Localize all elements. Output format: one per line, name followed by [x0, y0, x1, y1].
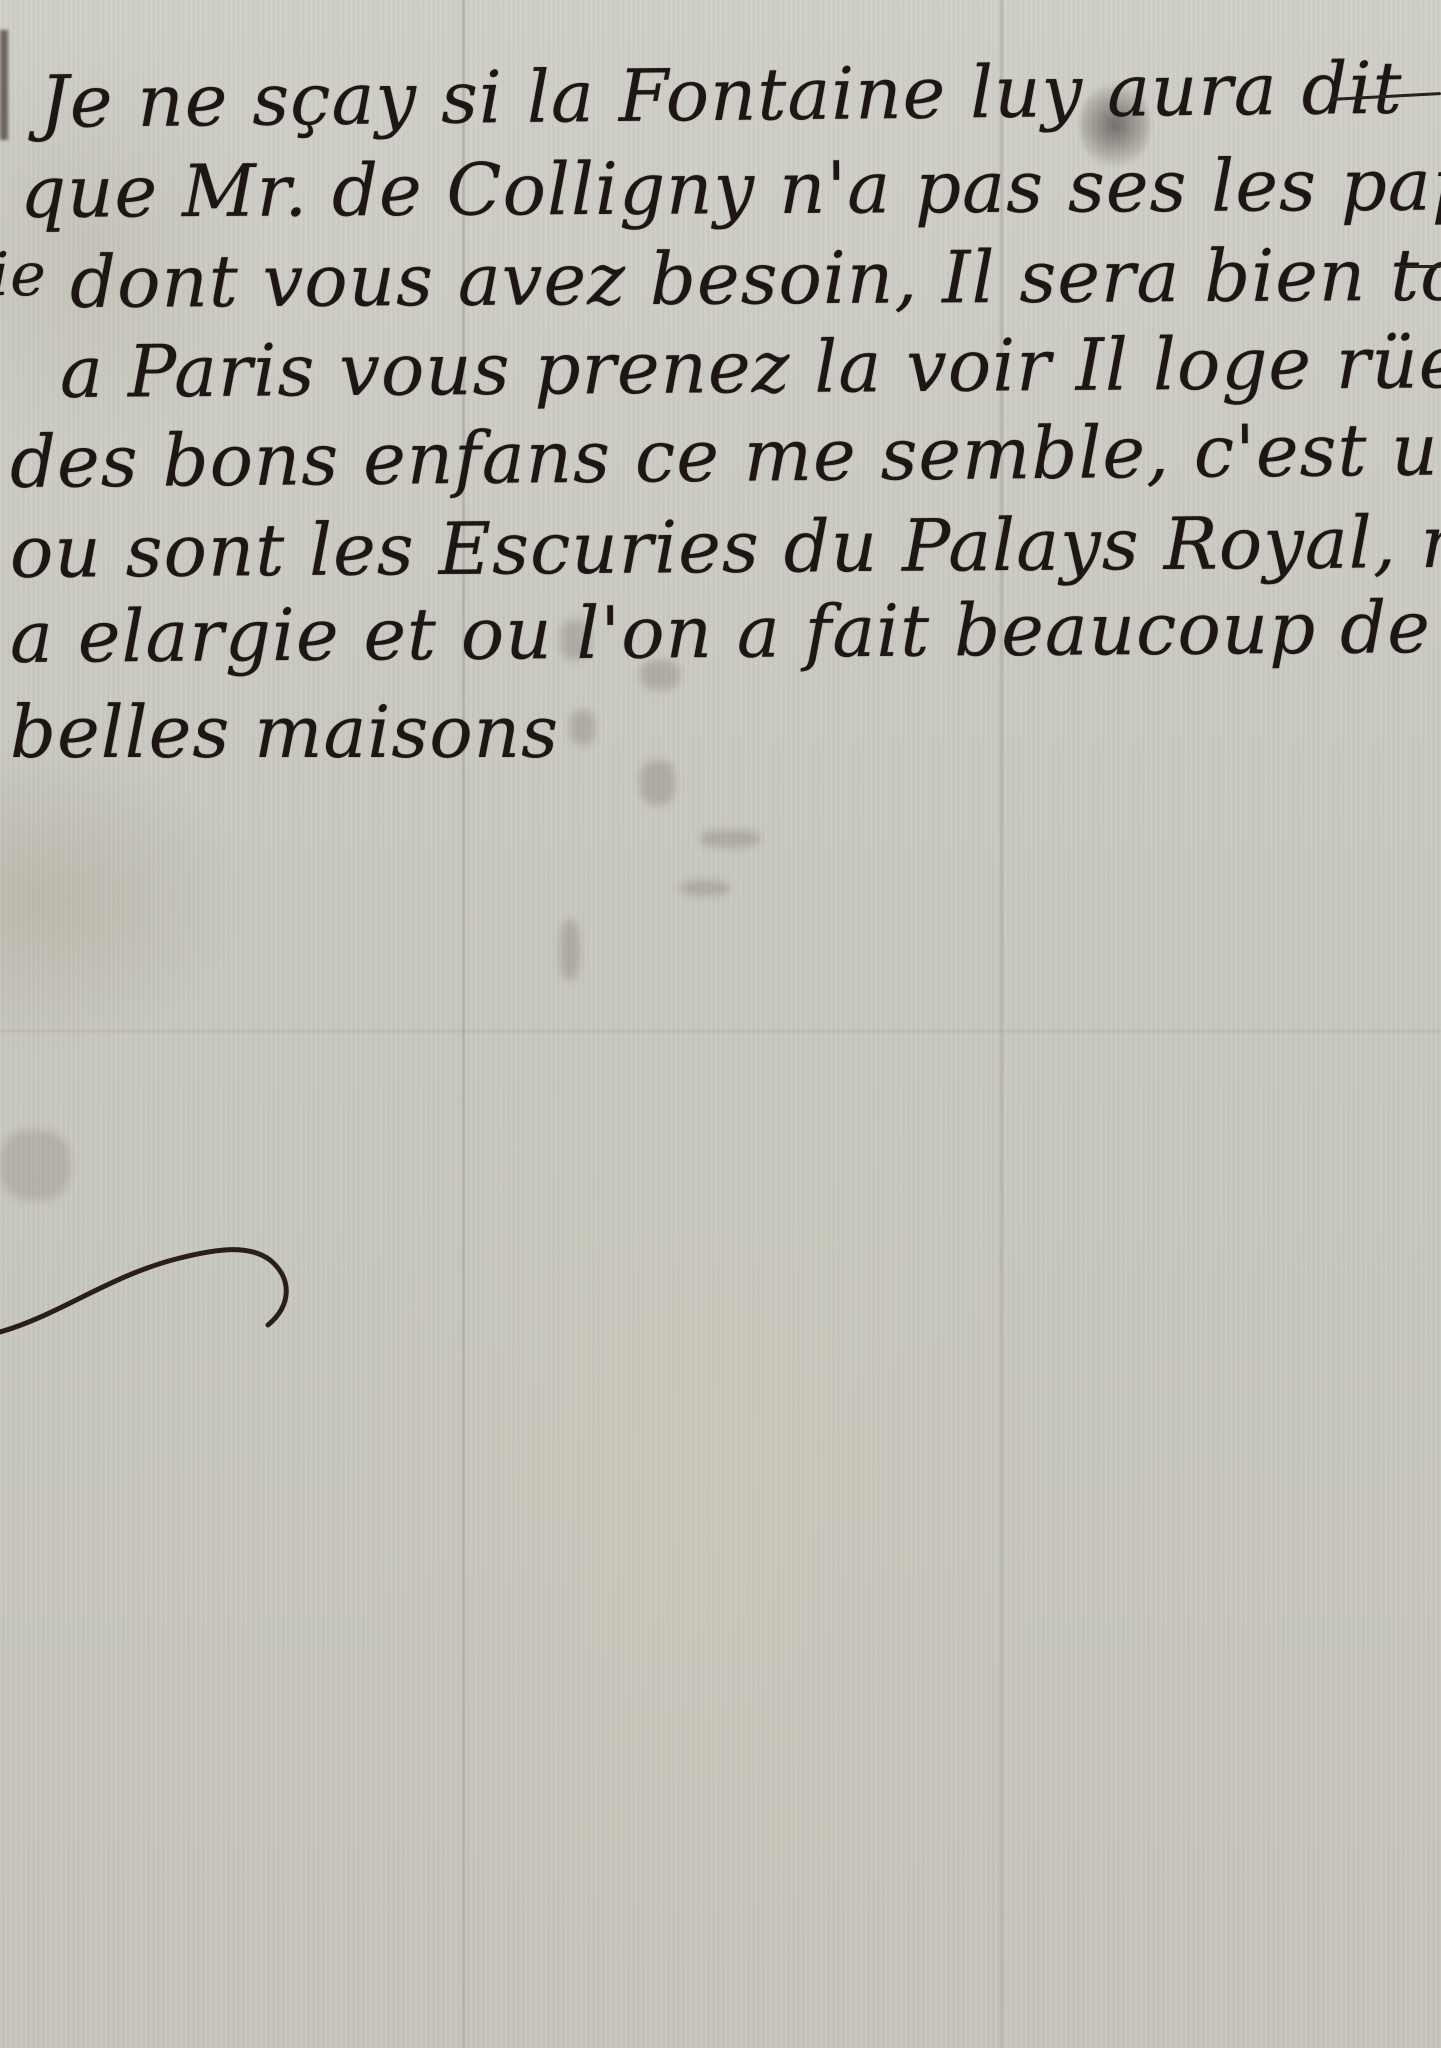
bleed-through-stain: [0, 1130, 70, 1200]
letter-line-2: que Mr. de Colligny n'a pas ses les papi…: [20, 142, 1441, 234]
margin-fragment: ie: [0, 240, 47, 310]
bleed-through-stain: [680, 880, 730, 896]
line-end-stroke: [1400, 265, 1441, 268]
letter-line-7: a elargie et ou l'on a fait beaucoup de: [10, 585, 1431, 679]
signature-flourish-icon: [0, 1220, 320, 1380]
paper-fold-line: [0, 1030, 1441, 1032]
letter-line-4: a Paris vous prenez la voir Il loge rüe: [60, 320, 1441, 414]
bleed-through-stain: [560, 920, 580, 980]
letter-line-1: Je ne sçay si la Fontaine luy aura dit: [40, 46, 1404, 144]
letter-line-8: belles maisons: [10, 690, 559, 774]
letter-line-5: des bons enfans ce me semble, c'est une …: [10, 405, 1441, 504]
letter-page: Je ne sçay si la Fontaine luy aura dit q…: [0, 0, 1441, 2048]
letter-line-3: dont vous avez besoin, Il sera bien tost: [70, 232, 1441, 324]
letter-line-6: ou sont les Escuries du Palays Royal, rü…: [10, 498, 1441, 594]
bleed-through-stain: [700, 830, 760, 848]
bleed-through-stain: [570, 710, 595, 745]
paper-edge-mark: [0, 30, 8, 140]
bleed-through-stain: [640, 760, 675, 805]
